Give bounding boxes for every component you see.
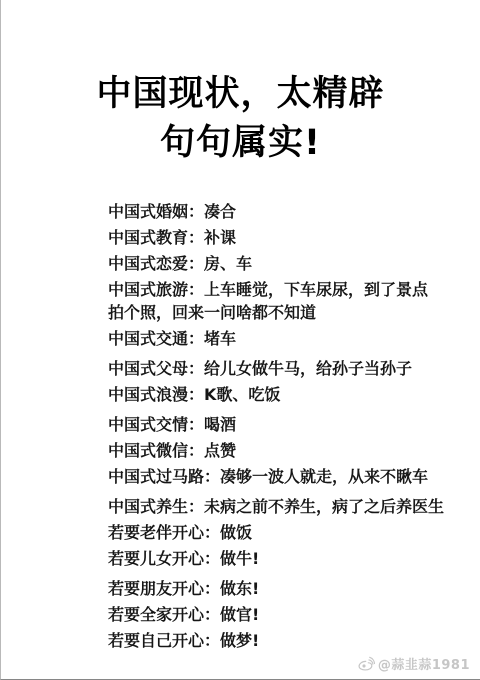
statement-entry: 中国式教育：补课 bbox=[108, 226, 420, 249]
weibo-logo-icon bbox=[358, 656, 375, 671]
statement-line: 中国式父母：给儿女做牛马，给孙子当孙子 bbox=[108, 357, 420, 380]
statement-entry: 若要自己开心：做梦! bbox=[108, 629, 420, 652]
watermark: @蒜韭蒜1981 bbox=[358, 654, 470, 673]
statement-entry: 中国式婚姻：凑合 bbox=[108, 200, 420, 223]
statement-line: 拍个照，回来一问啥都不知道 bbox=[108, 301, 420, 324]
statement-list: 中国式婚姻：凑合中国式教育：补课中国式恋爱：房、车中国式旅游：上车睡觉，下车尿尿… bbox=[108, 200, 420, 652]
statement-line: 若要自己开心：做梦! bbox=[108, 629, 420, 652]
statement-line: 中国式教育：补课 bbox=[108, 226, 420, 249]
statement-entry: 中国式浪漫：K歌、吃饭 bbox=[108, 383, 420, 406]
text-meme-image: 中国现状，太精辟 句句属实! 中国式婚姻：凑合中国式教育：补课中国式恋爱：房、车… bbox=[0, 0, 480, 680]
statement-group: 中国式养生：未病之前不养生，病了之后养医生若要老伴开心：做饭若要儿女开心：做牛! bbox=[108, 495, 420, 570]
statement-line: 中国式浪漫：K歌、吃饭 bbox=[108, 383, 420, 406]
statement-line: 中国式过马路：凑够一波人就走，从来不瞅车 bbox=[108, 465, 420, 488]
statement-line: 中国式旅游：上车睡觉，下车尿尿，到了景点 bbox=[108, 278, 420, 301]
statement-group: 若要朋友开心：做东!若要全家开心：做官!若要自己开心：做梦! bbox=[108, 577, 420, 652]
statement-line: 若要老伴开心：做饭 bbox=[108, 521, 420, 544]
statement-entry: 若要老伴开心：做饭 bbox=[108, 521, 420, 544]
title-line-2: 句句属实! bbox=[1, 119, 480, 168]
statement-entry: 若要朋友开心：做东! bbox=[108, 577, 420, 600]
statement-line: 中国式养生：未病之前不养生，病了之后养医生 bbox=[108, 495, 420, 518]
statement-line: 若要全家开心：做官! bbox=[108, 603, 420, 626]
statement-line: 中国式交情：喝酒 bbox=[108, 413, 420, 436]
statement-line: 中国式婚姻：凑合 bbox=[108, 200, 420, 223]
statement-line: 中国式微信：点赞 bbox=[108, 439, 420, 462]
statement-entry: 中国式微信：点赞 bbox=[108, 439, 420, 462]
statement-group: 中国式交情：喝酒中国式微信：点赞中国式过马路：凑够一波人就走，从来不瞅车 bbox=[108, 413, 420, 488]
statement-group: 中国式婚姻：凑合中国式教育：补课中国式恋爱：房、车中国式旅游：上车睡觉，下车尿尿… bbox=[108, 200, 420, 350]
statement-line: 中国式恋爱：房、车 bbox=[108, 252, 420, 275]
statement-entry: 若要全家开心：做官! bbox=[108, 603, 420, 626]
statement-entry: 中国式恋爱：房、车 bbox=[108, 252, 420, 275]
statement-entry: 中国式父母：给儿女做牛马，给孙子当孙子 bbox=[108, 357, 420, 380]
statement-entry: 中国式交通：堵车 bbox=[108, 327, 420, 350]
statement-entry: 中国式交情：喝酒 bbox=[108, 413, 420, 436]
statement-line: 若要朋友开心：做东! bbox=[108, 577, 420, 600]
statement-group: 中国式父母：给儿女做牛马，给孙子当孙子中国式浪漫：K歌、吃饭 bbox=[108, 357, 420, 406]
statement-line: 若要儿女开心：做牛! bbox=[108, 547, 420, 570]
statement-entry: 中国式过马路：凑够一波人就走，从来不瞅车 bbox=[108, 465, 420, 488]
statement-line: 中国式交通：堵车 bbox=[108, 327, 420, 350]
statement-entry: 若要儿女开心：做牛! bbox=[108, 547, 420, 570]
statement-entry: 中国式养生：未病之前不养生，病了之后养医生 bbox=[108, 495, 420, 518]
statement-entry: 中国式旅游：上车睡觉，下车尿尿，到了景点拍个照，回来一问啥都不知道 bbox=[108, 278, 420, 324]
title-line-1: 中国现状，太精辟 bbox=[1, 70, 480, 119]
watermark-text: @蒜韭蒜1981 bbox=[378, 654, 470, 673]
page-title: 中国现状，太精辟 句句属实! bbox=[1, 0, 480, 168]
